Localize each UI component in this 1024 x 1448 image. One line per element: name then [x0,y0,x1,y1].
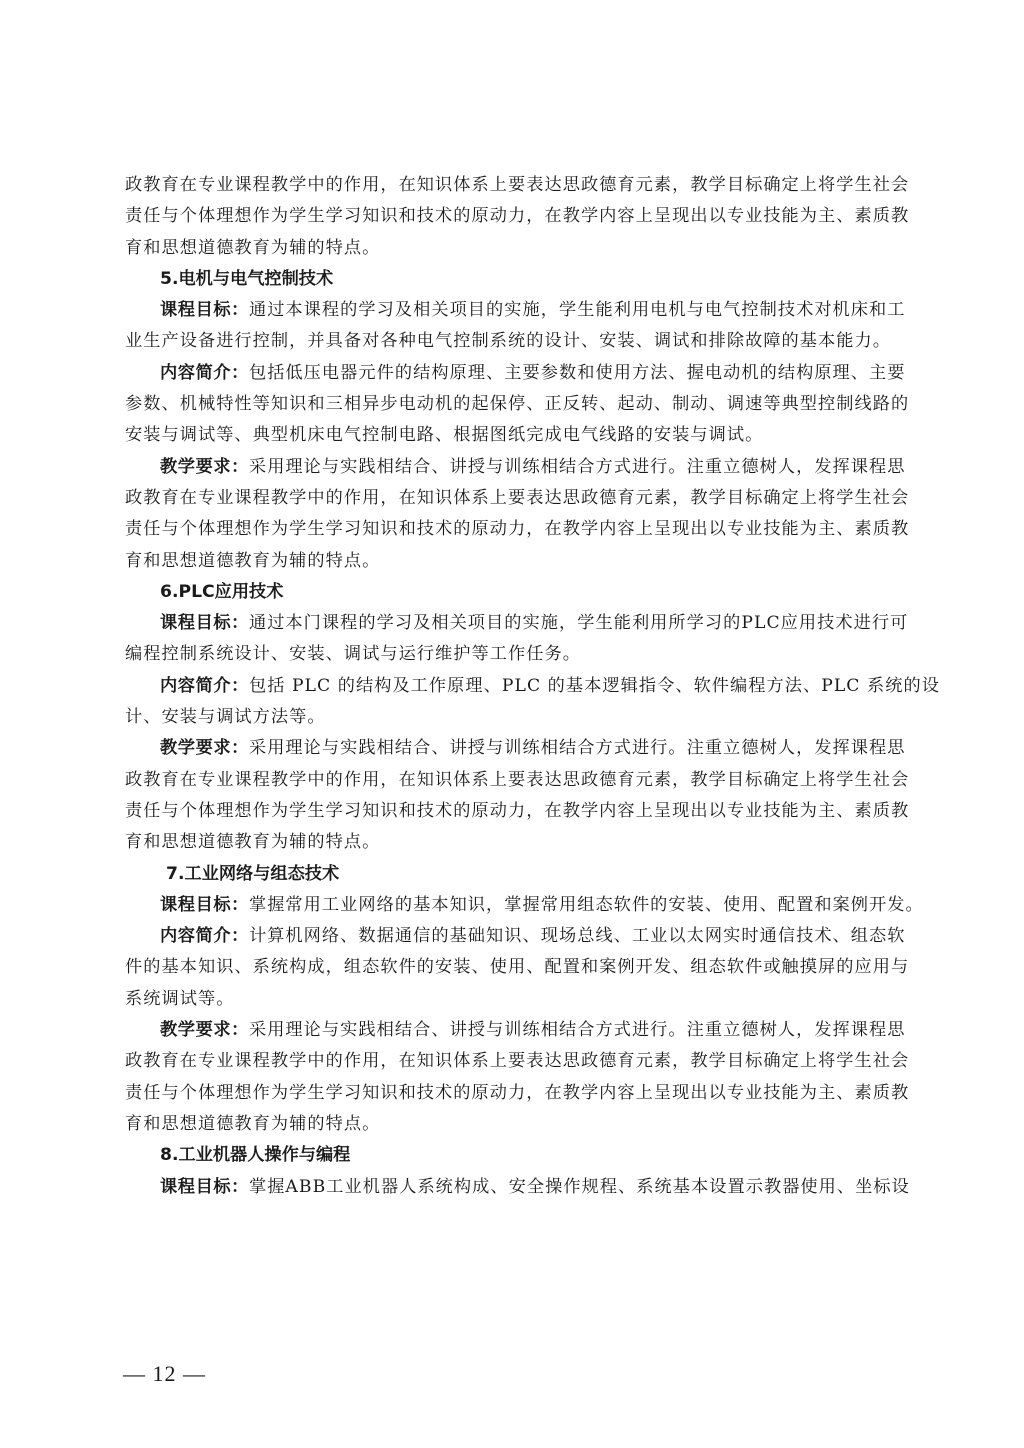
paragraph-text: 通过本门课程的学习及相关项目的实施，学生能利用所学习的PLC应用技术进行可 [249,613,908,633]
teaching-requirement-label: 教学要求： [160,457,249,477]
course-goal-paragraph: 课程目标：通过本课程的学习及相关项目的实施，学生能利用电机与电气控制技术对机床和… [125,295,900,326]
paragraph-line: 政教育在专业课程教学中的作用，在知识体系上要表达思政德育元素，教学目标确定上将学… [125,1046,900,1077]
paragraph-line: 参数、机械特性等知识和三相异步电动机的起保停、正反转、起动、制动、调速等典型控制… [125,389,900,420]
paragraph-text: 采用理论与实践相结合、讲授与训练相结合方式进行。注重立德树人，发挥课程思 [249,738,906,758]
course-goal-label: 课程目标： [160,300,249,320]
section-heading: 6.PLC应用技术 [125,577,900,608]
paragraph-line: 责任与个体理想作为学生学习知识和技术的原动力，在教学内容上呈现出以专业技能为主、… [125,796,900,827]
teaching-requirement-label: 教学要求： [160,1020,249,1040]
paragraph-line: 件的基本知识、系统构成，组态软件的安装、使用、配置和案例开发、组态软件或触摸屏的… [125,952,900,983]
paragraph-line: 责任与个体理想作为学生学习知识和技术的原动力，在教学内容上呈现出以专业技能为主、… [125,1078,900,1109]
course-goal-paragraph: 课程目标：掌握常用工业网络的基本知识，掌握常用组态软件的安装、使用、配置和案例开… [125,890,900,921]
paragraph-line: 安装与调试等、典型机床电气控制电路、根据图纸完成电气线路的安装与调试。 [125,420,900,451]
paragraph-line: 计、安装与调试方法等。 [125,702,900,733]
teaching-requirement-label: 教学要求： [160,738,249,758]
course-goal-label: 课程目标： [160,895,249,915]
paragraph-line: 业生产设备进行控制，并具备对各种电气控制系统的设计、安装、调试和排除故障的基本能… [125,326,900,357]
section-heading: 5.电机与电气控制技术 [125,264,900,295]
course-goal-label: 课程目标： [160,613,249,633]
paragraph-text: 掌握常用工业网络的基本知识，掌握常用组态软件的安装、使用、配置和案例开发。 [249,895,924,915]
course-goal-label: 课程目标： [160,1177,249,1197]
course-goal-paragraph: 课程目标：通过本门课程的学习及相关项目的实施，学生能利用所学习的PLC应用技术进… [125,608,900,639]
paragraph-line: 系统调试等。 [125,984,900,1015]
paragraph-line: 育和思想道德教育为辅的特点。 [125,546,900,577]
teaching-requirement-paragraph: 教学要求：采用理论与实践相结合、讲授与训练相结合方式进行。注重立德树人，发挥课程… [125,1015,900,1046]
content-summary-label: 内容简介： [160,926,249,946]
content-summary-label: 内容简介： [160,363,249,383]
document-page: 政教育在专业课程教学中的作用，在知识体系上要表达思政德育元素，教学目标确定上将学… [125,170,900,1203]
content-summary-paragraph: 内容简介：包括 PLC 的结构及工作原理、PLC 的基本逻辑指令、软件编程方法、… [125,671,900,702]
section-heading: 7.工业网络与组态技术 [125,859,900,890]
paragraph-line: 责任与个体理想作为学生学习知识和技术的原动力，在教学内容上呈现出以专业技能为主、… [125,514,900,545]
course-goal-paragraph: 课程目标：掌握ABB工业机器人系统构成、安全操作规程、系统基本设置示教器使用、坐… [125,1172,900,1203]
paragraph-text: 通过本课程的学习及相关项目的实施，学生能利用电机与电气控制技术对机床和工 [249,300,906,320]
page-number: — 12 — [123,1361,206,1387]
content-summary-paragraph: 内容简介：包括低压电器元件的结构原理、主要参数和使用方法、握电动机的结构原理、主… [125,358,900,389]
paragraph-line: 政教育在专业课程教学中的作用，在知识体系上要表达思政德育元素，教学目标确定上将学… [125,170,900,201]
paragraph-line: 育和思想道德教育为辅的特点。 [125,233,900,264]
paragraph-line: 编程控制系统设计、安装、调试与运行维护等工作任务。 [125,639,900,670]
paragraph-text: 掌握ABB工业机器人系统构成、安全操作规程、系统基本设置示教器使用、坐标设 [249,1177,910,1197]
paragraph-line: 政教育在专业课程教学中的作用，在知识体系上要表达思政德育元素，教学目标确定上将学… [125,765,900,796]
paragraph-line: 育和思想道德教育为辅的特点。 [125,1109,900,1140]
teaching-requirement-paragraph: 教学要求：采用理论与实践相结合、讲授与训练相结合方式进行。注重立德树人，发挥课程… [125,733,900,764]
content-summary-paragraph: 内容简介：计算机网络、数据通信的基础知识、现场总线、工业以太网实时通信技术、组态… [125,921,900,952]
content-summary-label: 内容简介： [160,676,249,696]
paragraph-line: 政教育在专业课程教学中的作用，在知识体系上要表达思政德育元素，教学目标确定上将学… [125,483,900,514]
section-heading: 8.工业机器人操作与编程 [125,1140,900,1171]
paragraph-text: 采用理论与实践相结合、讲授与训练相结合方式进行。注重立德树人，发挥课程思 [249,457,906,477]
paragraph-line: 育和思想道德教育为辅的特点。 [125,827,900,858]
teaching-requirement-paragraph: 教学要求：采用理论与实践相结合、讲授与训练相结合方式进行。注重立德树人，发挥课程… [125,452,900,483]
paragraph-text: 计算机网络、数据通信的基础知识、现场总线、工业以太网实时通信技术、组态软 [249,926,906,946]
paragraph-text: 包括低压电器元件的结构原理、主要参数和使用方法、握电动机的结构原理、主要 [249,363,906,383]
paragraph-line: 责任与个体理想作为学生学习知识和技术的原动力，在教学内容上呈现出以专业技能为主、… [125,201,900,232]
paragraph-text: 包括 PLC 的结构及工作原理、PLC 的基本逻辑指令、软件编程方法、PLC 系… [249,676,940,696]
paragraph-text: 采用理论与实践相结合、讲授与训练相结合方式进行。注重立德树人，发挥课程思 [249,1020,906,1040]
